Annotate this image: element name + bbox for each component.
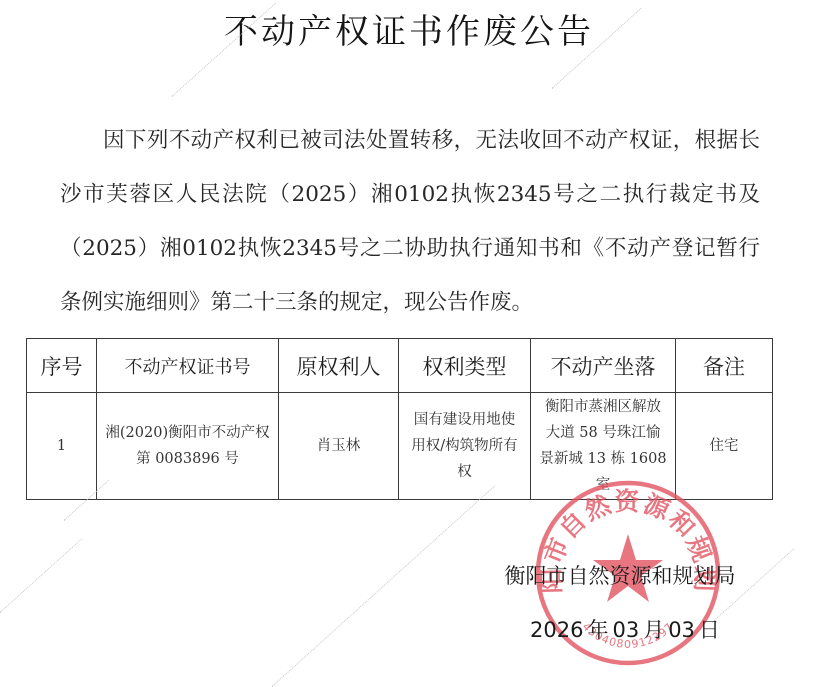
notice-body: 因下列不动产权利已被司法处置转移，无法收回不动产权证，根据长沙市芙蓉区人民法院（… <box>60 114 760 330</box>
issuer-name: 衡阳市自然资源和规划局 <box>470 560 770 590</box>
date-day: 03 <box>668 618 695 642</box>
date-year: 2026 <box>530 618 583 642</box>
table-header-row: 序号 不动产权证书号 原权利人 权利类型 不动产坐落 备注 <box>27 339 773 393</box>
date-day-unit: 日 <box>699 618 720 642</box>
header-remark: 备注 <box>676 339 773 393</box>
header-index: 序号 <box>27 339 97 393</box>
header-location: 不动产坐落 <box>531 339 676 393</box>
watermark-stroke <box>272 485 496 686</box>
cell-certificate-no: 湘(2020)衡阳市不动产权第 0083896 号 <box>97 393 279 500</box>
date-year-unit: 年 <box>587 618 608 642</box>
cell-index: 1 <box>27 393 97 500</box>
certificate-table: 序号 不动产权证书号 原权利人 权利类型 不动产坐落 备注 1 湘(2020)衡… <box>26 338 773 500</box>
header-certificate-no: 不动产权证书号 <box>97 339 279 393</box>
watermark-stroke <box>0 539 82 613</box>
cell-original-owner: 肖玉林 <box>279 393 399 500</box>
right-type-text: 国有建设用地使用权/构筑物所有权 <box>399 407 530 485</box>
date-month: 03 <box>612 618 639 642</box>
document-title: 不动产权证书作废公告 <box>0 10 818 54</box>
header-original-owner: 原权利人 <box>279 339 399 393</box>
header-right-type: 权利类型 <box>399 339 531 393</box>
cell-right-type: 国有建设用地使用权/构筑物所有权 <box>399 393 531 500</box>
issue-date: 2026年03月03日 <box>530 614 724 644</box>
certificate-no-text: 湘(2020)衡阳市不动产权第 0083896 号 <box>97 420 278 472</box>
date-month-unit: 月 <box>643 618 664 642</box>
